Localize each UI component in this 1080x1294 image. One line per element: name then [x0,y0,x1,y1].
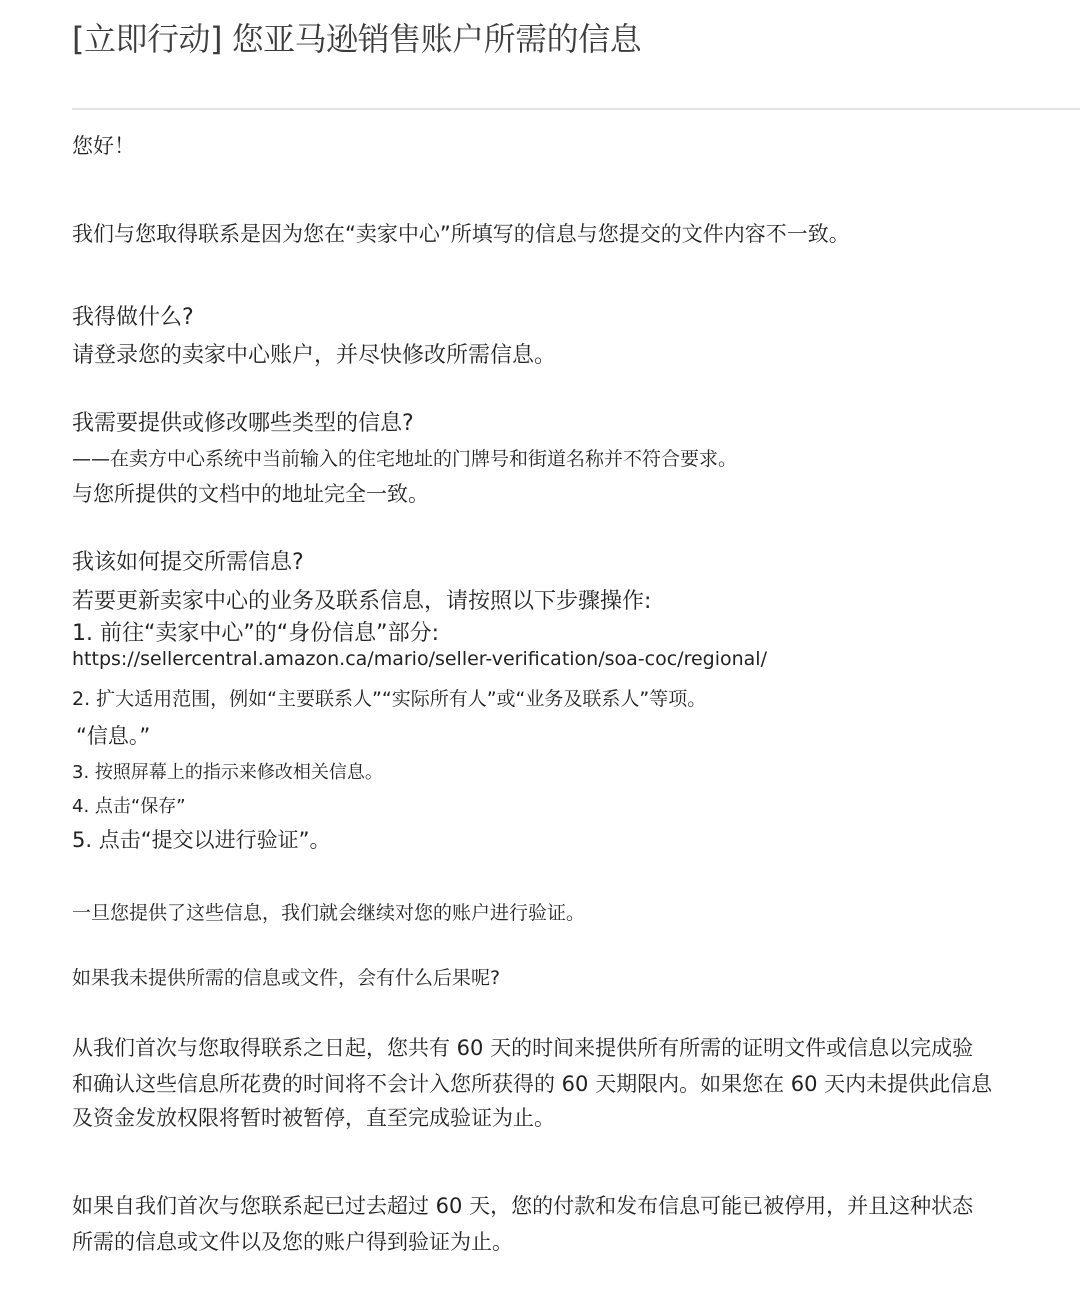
seller-verification-link[interactable]: https://sellercentral.amazon.ca/mario/se… [72,648,767,670]
section-which-line2: 与您所提供的文档中的地址完全一致。 [72,478,429,508]
section-what-body: 请登录您的卖家中心账户，并尽快修改所需信息。 [72,338,556,369]
section-how-heading: 我该如何提交所需信息? [72,545,304,576]
intro-text: 我们与您取得联系是因为您在“卖家中心”所填写的信息与您提交的文件内容不一致。 [72,218,850,248]
step-3: 3. 按照屏幕上的指示来修改相关信息。 [72,758,383,784]
header-divider [72,108,1080,110]
consequence-para1-line2: 和确认这些信息所花费的时间将不会计入您所获得的 60 天期限内。如果您在 60 … [72,1068,992,1098]
section-consequence-heading: 如果我未提供所需的信息或文件，会有什么后果呢? [72,963,500,990]
section-which-line1: ——在卖方中心系统中当前输入的住宅地址的门牌号和街道名称并不符合要求。 [72,444,737,471]
step-1: 1. 前往“卖家中心”的“身份信息”部分: [72,616,439,647]
step-2-continuation: “信息。” [76,720,150,750]
consequence-para1-line1: 从我们首次与您取得联系之日起，您共有 60 天的时间来提供所有所需的证明文件或信… [72,1032,973,1062]
email-subject: [立即行动] 您亚马逊销售账户所需的信息 [72,14,641,60]
section-how-intro: 若要更新卖家中心的业务及联系信息，请按照以下步骤操作: [72,584,651,615]
consequence-para2-line1: 如果自我们首次与您联系起已过去超过 60 天，您的付款和发布信息可能已被停用，并… [72,1190,973,1220]
continue-note: 一旦您提供了这些信息，我们就会继续对您的账户进行验证。 [72,898,585,925]
consequence-para1-line3: 及资金发放权限将暂时被暂停，直至完成验证为止。 [72,1102,555,1132]
step-5: 5. 点击“提交以进行验证”。 [72,824,330,854]
step-4: 4. 点击“保存” [72,792,186,818]
step-2: 2. 扩大适用范围，例如“主要联系人”“实际所有人”或“业务及联系人”等项。 [72,684,706,711]
section-which-heading: 我需要提供或修改哪些类型的信息? [72,406,414,437]
greeting: 您好！ [72,130,135,160]
consequence-para2-line2: 所需的信息或文件以及您的账户得到验证为止。 [72,1226,513,1256]
section-what-heading: 我得做什么? [72,300,194,331]
